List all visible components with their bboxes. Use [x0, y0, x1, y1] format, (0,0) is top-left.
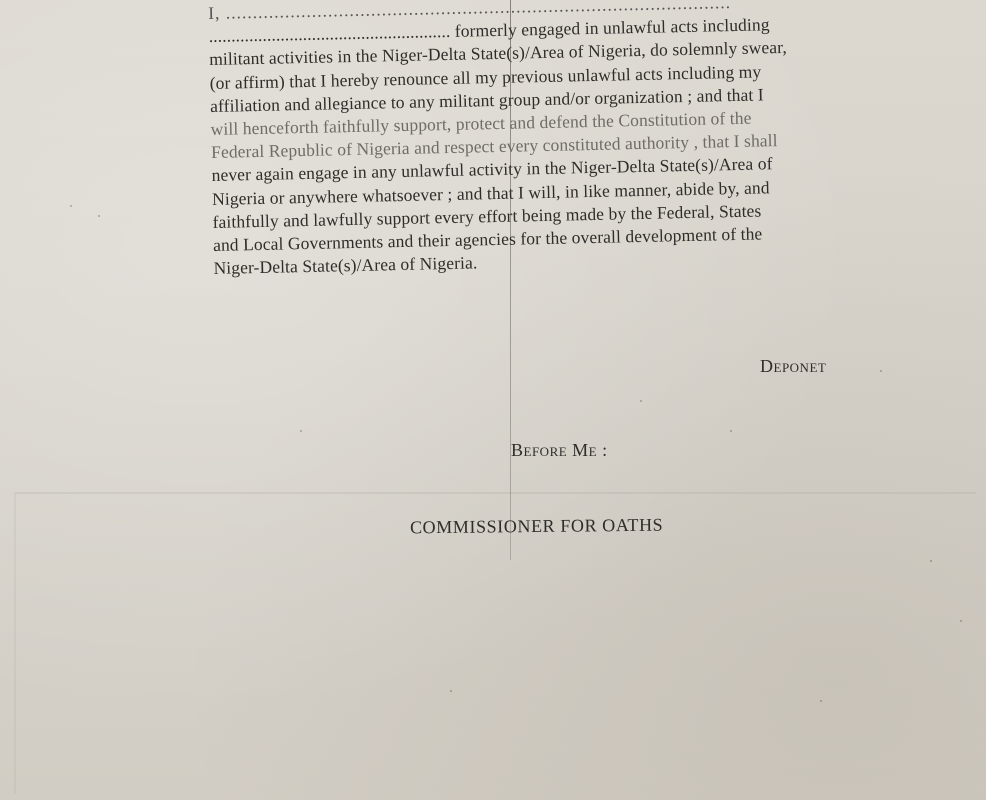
deponent-signature-label: Deponet	[760, 356, 826, 377]
oath-paragraph: I, .....................................…	[208, 0, 894, 280]
before-me-label: Before Me :	[511, 440, 608, 461]
commissioner-for-oaths-label: COMMISSIONER FOR OATHS	[410, 515, 663, 539]
